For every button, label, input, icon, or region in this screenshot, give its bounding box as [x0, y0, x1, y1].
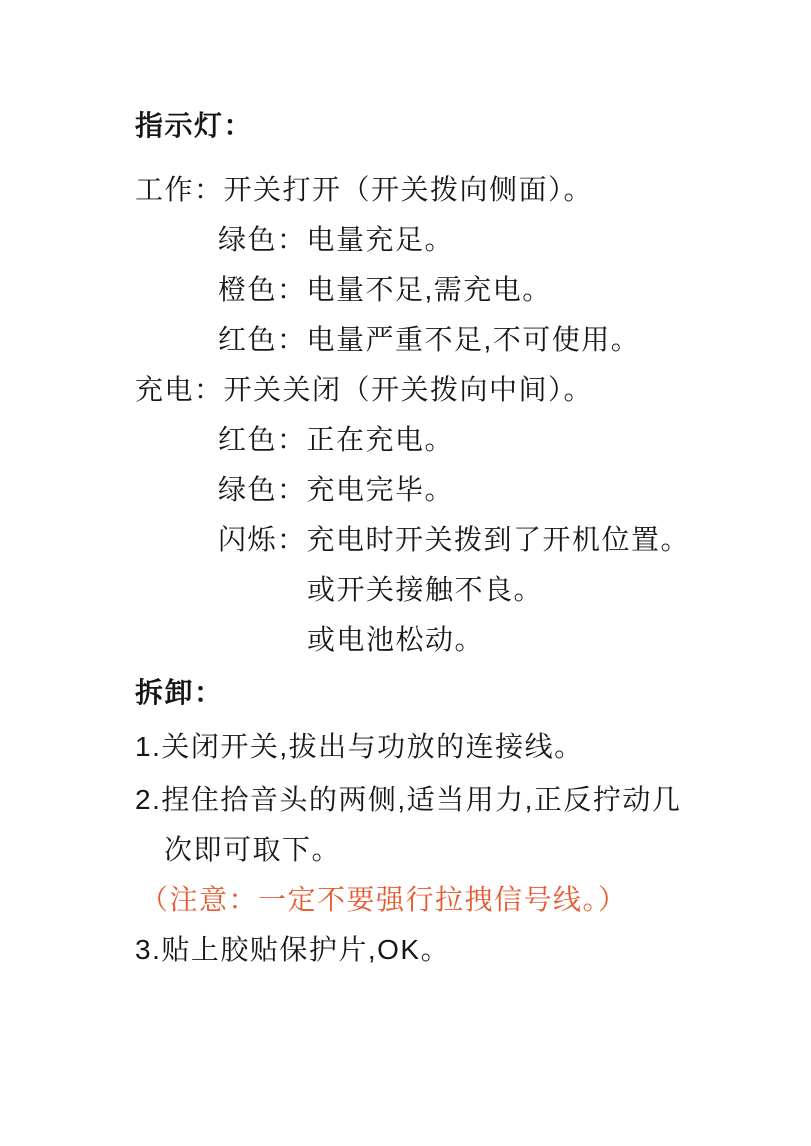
blink-cause-battery-line: 或电池松动。 [0, 615, 811, 665]
work-red-state-line: 红色：电量严重不足,不可使用。 [0, 315, 811, 365]
instruction-page: 指示灯： 工作：开关打开（开关拨向侧面）。 绿色：电量充足。 橙色：电量不足,需… [0, 0, 811, 1146]
removal-step-2-line-1: 2.捏住拾音头的两侧,适当用力,正反拧动几 [0, 775, 811, 825]
charge-blink-state-line: 闪烁：充电时开关拨到了开机位置。 [0, 515, 811, 565]
removal-step-3: 3.贴上胶贴保护片,OK。 [0, 925, 811, 975]
removal-section-heading: 拆卸： [0, 668, 811, 718]
blink-cause-switch-line: 或开关接触不良。 [0, 565, 811, 615]
charge-red-state-line: 红色：正在充电。 [0, 415, 811, 465]
indicator-section-heading: 指示灯： [0, 101, 811, 151]
charge-green-state-line: 绿色：充电完毕。 [0, 465, 811, 515]
work-orange-state-line: 橙色：电量不足,需充电。 [0, 265, 811, 315]
removal-step-1: 1.关闭开关,拔出与功放的连接线。 [0, 722, 811, 772]
work-green-state-line: 绿色：电量充足。 [0, 215, 811, 265]
removal-warning-note: （注意：一定不要强行拉拽信号线。） [0, 875, 811, 925]
removal-step-2-line-2: 次即可取下。 [0, 825, 811, 875]
work-mode-line: 工作：开关打开（开关拨向侧面）。 [0, 165, 811, 215]
charge-mode-line: 充电：开关关闭（开关拨向中间）。 [0, 365, 811, 415]
